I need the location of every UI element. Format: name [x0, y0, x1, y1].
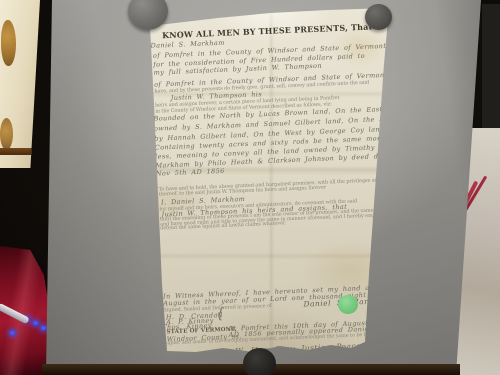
deed-document: KNOW ALL MEN BY THESE PRESENTS, ThatI Da… [148, 4, 394, 364]
magnet-bottom [243, 348, 276, 375]
led-light [41, 326, 46, 330]
frame-edge [0, 148, 36, 155]
deed-date-line: Nov 5th AD 1856 [156, 167, 225, 178]
led-light [33, 321, 38, 325]
green-dot-sticker [338, 295, 358, 314]
magnet-top-right [365, 4, 392, 30]
document-title: KNOW ALL MEN BY THESE PRESENTS, ThatI [162, 21, 379, 40]
photo-of-deed-document: KNOW ALL MEN BY THESE PRESENTS, ThatI Da… [0, 0, 500, 375]
deed-text-block: KNOW ALL MEN BY THESE PRESENTS, ThatI Da… [141, 0, 402, 369]
picture-frame [0, 0, 40, 168]
witness-brace: { [215, 306, 225, 322]
led-light [10, 331, 15, 335]
background-object [482, 4, 500, 144]
gold-figurine-icon [1, 20, 16, 66]
gold-figurine-icon [0, 118, 13, 150]
